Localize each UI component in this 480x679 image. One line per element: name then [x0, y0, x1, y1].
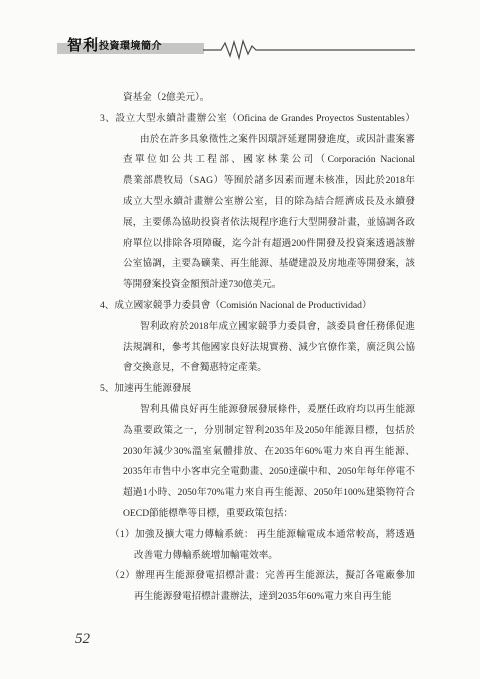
text-line: 公室協調，主要為礦業、再生能源、基礎建設及房地產等開發案，該: [123, 254, 415, 275]
page-number: 52: [75, 631, 90, 648]
text-line: （2）辦理再生能源發電招標計畫：完善再生能源法，擬訂各電廠參加: [110, 566, 415, 587]
text-line: 改善電力傳輸系統增加輸電效率。: [134, 546, 415, 567]
text-line: 會交換意見，不會獨惠特定產業。: [123, 358, 415, 379]
text-line: 智利具備良好再生能源發展發展條件，爰歷任政府均以再生能源: [140, 400, 415, 421]
text-line: 等開發案投資金額預計達730億美元。: [123, 275, 415, 296]
text-line: 智利政府於2018年成立國家競爭力委員會，該委員會任務係促進: [140, 317, 415, 338]
text-line: 資基金（2億美元）。: [123, 88, 415, 109]
page-title-sub: 投資環境簡介: [99, 40, 162, 54]
text-line: 4、成立國家競爭力委員會（Comisión Nacional de Produc…: [100, 296, 415, 317]
page-title: 智利投資環境簡介: [67, 35, 162, 54]
text-line: 2030年減少30%溫室氣體排放、在2035年60%電力來自再生能源、: [123, 442, 415, 463]
text-line: 再生能源發電招標計畫辦法，達到2035年60%電力來自再生能: [134, 587, 415, 608]
text-line: （1）加強及擴大電力傳輸系統： 再生能源輸電成本通常較高，將透過: [110, 525, 415, 546]
text-line: 3、設立大型永續計畫辦公室（Oficina de Grandes Proyect…: [100, 109, 415, 130]
text-line: 展，主要係為協助投資者依法規程序進行大型開發計畫，並協調各政: [123, 213, 415, 234]
text-line: 由於在許多具象徵性之案件因環評延遲開發進度，或因計畫案審: [140, 130, 415, 151]
page-title-main: 智利: [67, 37, 99, 54]
document-body: 資基金（2億美元）。 3、設立大型永續計畫辦公室（Oficina de Gran…: [0, 88, 480, 608]
text-line: 法規調和，參考其他國家良好法規實務、減少官僚作業，廣泛與公協: [123, 338, 415, 359]
text-line: OECD節能標準等目標，重要政策包括：: [123, 504, 415, 525]
text-line: 農業部農牧局（SAG）等囿於諸多因素而遲未核准，因此於2018年: [123, 171, 415, 192]
pulse-zigzag-icon: [203, 39, 415, 63]
text-line: 為重要政策之一，分別制定智利2035年及2050年能源目標，包括於: [123, 421, 415, 442]
text-line: 成立大型永續計畫辦公室辦公室，目的除為結合經濟成長及永續發: [123, 192, 415, 213]
text-line: 超過1小時、2050年70%電力來自再生能源、2050年100%建築物符合: [123, 483, 415, 504]
page: 智利投資環境簡介 資基金（2億美元）。 3、設立大型永續計畫辦公室（Oficin…: [0, 0, 480, 679]
text-line: 2035年市售中小客車完全電動畫、2050達碳中和、2050年每年停電不: [123, 462, 415, 483]
text-line: 查單位如公共工程部、國家林業公司（Corporación Nacional Fo…: [123, 150, 415, 171]
text-line: 5、加速再生能源發展: [100, 379, 415, 400]
text-line: 府單位以排除各項障礙，迄今計有超過200件開發及投資案透過該辦: [123, 234, 415, 255]
